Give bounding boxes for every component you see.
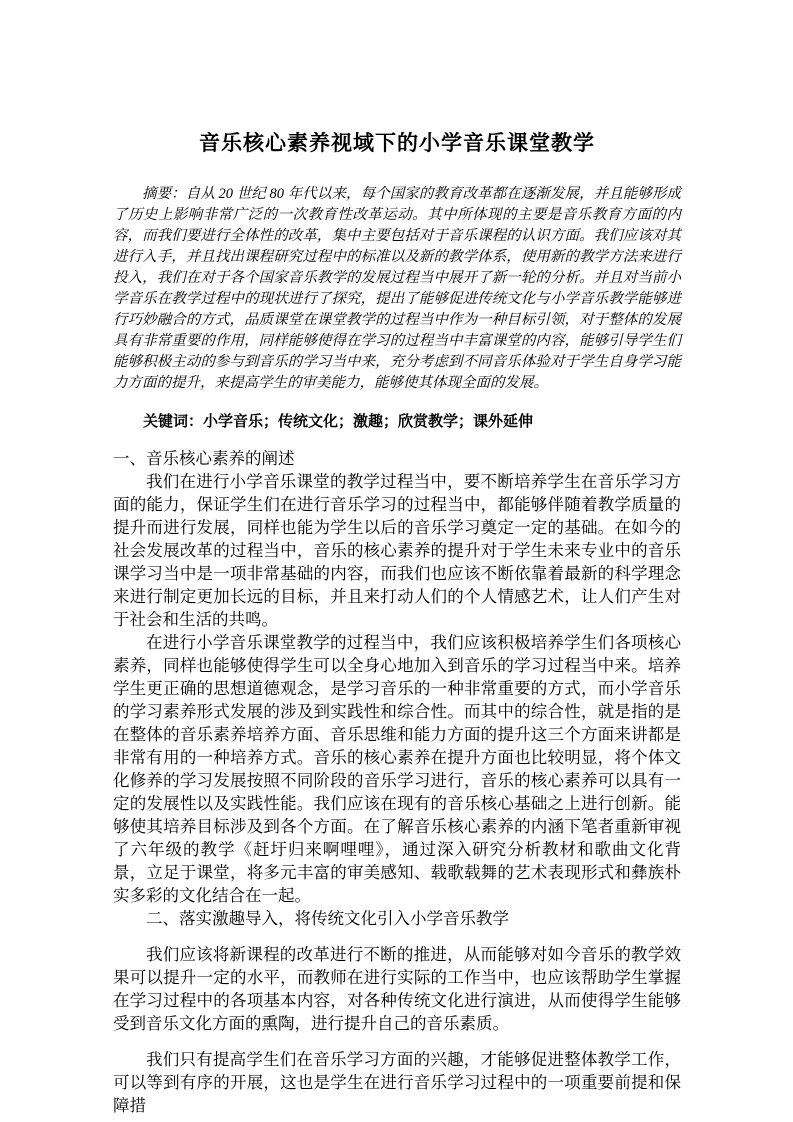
section-2-paragraph-2: 我们只有提高学生们在音乐学习方面的兴趣，才能够促进整体教学工作，可以等到有序的开… xyxy=(113,1048,681,1117)
abstract-text: 自从 20 世纪 80 年代以来，每个国家的教育改革都在逐渐发展，并且能够形成了… xyxy=(113,186,681,391)
section-1-paragraph-1: 我们在进行小学音乐课堂的教学过程当中，要不断培养学生在音乐学习方面的能力，保证学… xyxy=(113,470,681,631)
section-interest-introduction: 二、落实激趣导入，将传统文化引入小学音乐教学 我们应该将新课程的改革进行不断的推… xyxy=(113,907,681,1117)
abstract-paragraph: 摘要：自从 20 世纪 80 年代以来，每个国家的教育改革都在逐渐发展，并且能够… xyxy=(113,184,681,394)
abstract-label: 摘要： xyxy=(142,186,186,202)
keywords-line: 关键词：小学音乐；传统文化；激趣；欣赏教学；课外延伸 xyxy=(113,411,681,433)
section-core-literacy: 一、音乐核心素养的阐述 我们在进行小学音乐课堂的教学过程当中，要不断培养学生在音… xyxy=(113,447,681,907)
keywords-label: 关键词： xyxy=(143,413,203,430)
keywords-text: 小学音乐；传统文化；激趣；欣赏教学；课外延伸 xyxy=(203,413,533,430)
section-1-paragraph-2: 在进行小学音乐课堂教学的过程当中，我们应该积极培养学生们各项核心素养，同样也能够… xyxy=(113,631,681,907)
paper-title: 音乐核心素养视域下的小学音乐课堂教学 xyxy=(113,131,681,157)
section-2-heading: 二、落实激趣导入，将传统文化引入小学音乐教学 xyxy=(113,907,681,930)
document-page: 音乐核心素养视域下的小学音乐课堂教学 摘要：自从 20 世纪 80 年代以来，每… xyxy=(0,0,793,1122)
section-2-paragraph-1: 我们应该将新课程的改革进行不断的推进，从而能够对如今音乐的教学效果可以提升一定的… xyxy=(113,943,681,1035)
section-1-heading: 一、音乐核心素养的阐述 xyxy=(113,447,681,470)
